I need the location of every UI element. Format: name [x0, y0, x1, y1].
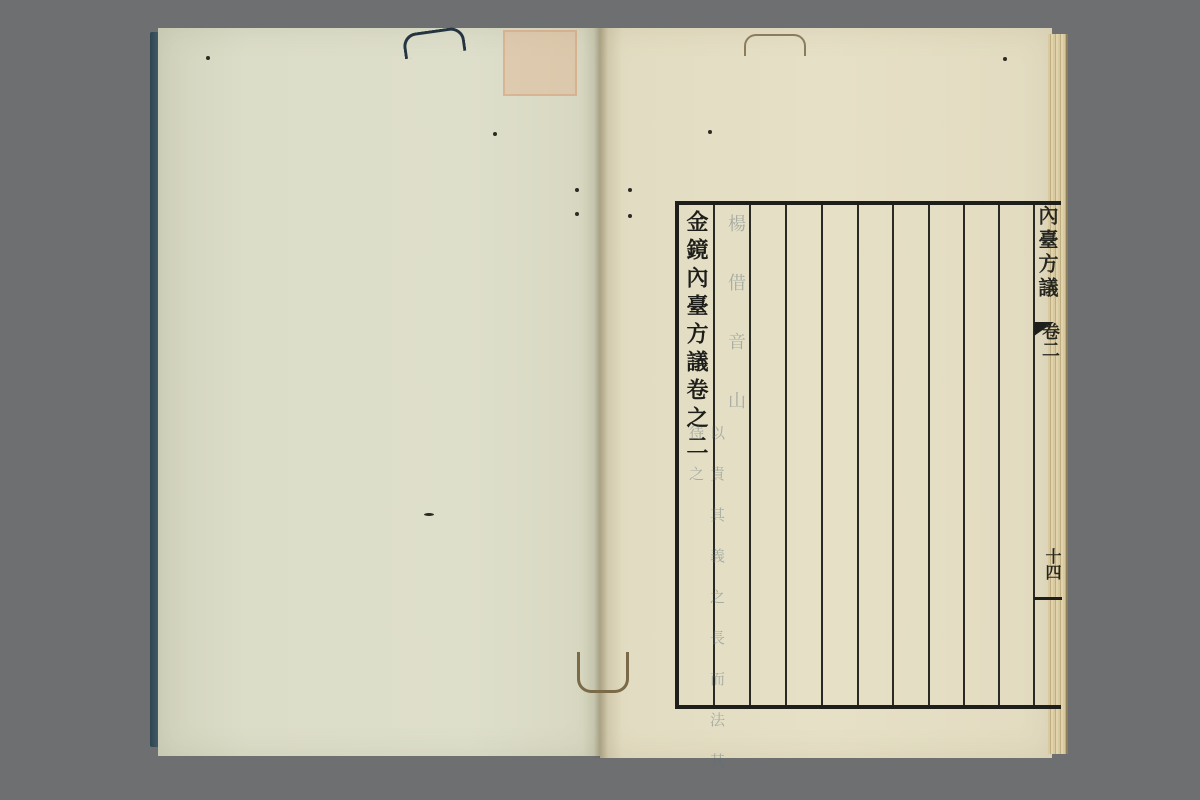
show-through-text-lower: 以 責 其 義 之 長 而 法 其 待 之 [686, 425, 728, 800]
ink-speck [708, 130, 712, 134]
wormhole-damage-gutter [577, 652, 629, 693]
collector-seal [503, 30, 577, 96]
column-rule [785, 205, 787, 705]
ink-speck [575, 212, 579, 216]
ink-speck [206, 56, 210, 60]
column-rule [821, 205, 823, 705]
ink-speck [575, 188, 579, 192]
block-heart-volume: 卷二 [1038, 322, 1062, 358]
ink-speck [628, 188, 632, 192]
gutter [594, 28, 608, 758]
column-rule [963, 205, 965, 705]
column-rule [857, 205, 859, 705]
column-rule [892, 205, 894, 705]
column-rule [928, 205, 930, 705]
ink-speck [493, 132, 497, 136]
ink-speck [1003, 57, 1007, 61]
open-book: 金鏡內臺方議卷之二 楊 借 音 山 以 責 其 義 之 長 而 法 其 待 之 … [0, 0, 1200, 800]
show-through-text: 楊 借 音 山 [722, 214, 748, 419]
column-rule [998, 205, 1000, 705]
left-page-flyleaf [158, 28, 600, 756]
block-heart-page-number: 十四 [1040, 548, 1064, 580]
block-heart-bar [1034, 597, 1062, 600]
ink-speck [424, 513, 434, 516]
block-heart-title: 內臺方議 [1038, 205, 1062, 301]
ink-speck [628, 214, 632, 218]
wormhole-damage-top-right [744, 34, 806, 56]
column-rule [749, 205, 751, 705]
